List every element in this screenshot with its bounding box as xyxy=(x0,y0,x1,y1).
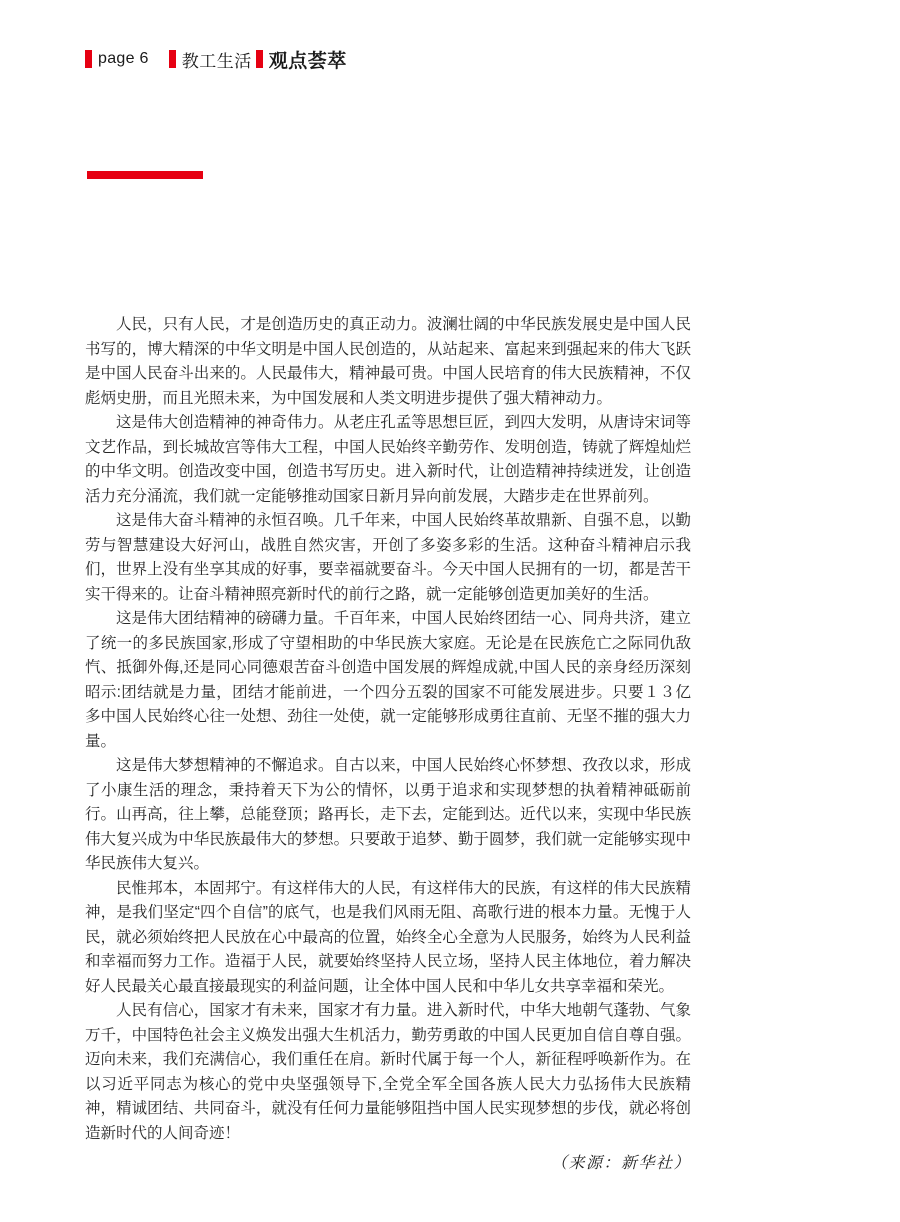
article-paragraph: 这是伟大团结精神的磅礴力量。千百年来，中国人民始终团结一心、同舟共济，建立了统一… xyxy=(85,607,691,754)
red-tick-icon xyxy=(169,50,176,68)
article-paragraph: 民惟邦本，本固邦宁。有这样伟大的人民，有这样伟大的民族，有这样的伟大民族精神，是… xyxy=(85,877,691,1000)
page-number-label: page 6 xyxy=(98,50,149,68)
article-paragraph: 这是伟大梦想精神的不懈追求。自古以来，中国人民始终心怀梦想、孜孜以求，形成了小康… xyxy=(85,754,691,877)
column-label: 观点荟萃 xyxy=(269,46,347,73)
article-paragraph: 人民有信心，国家才有未来，国家才有力量。进入新时代，中华大地朝气蓬勃、气象万千，… xyxy=(85,999,691,1146)
article-body: 人民，只有人民，才是创造历史的真正动力。波澜壮阔的中华民族发展史是中国人民书写的… xyxy=(85,313,691,1177)
article-paragraph: 这是伟大创造精神的神奇伟力。从老庄孔孟等思想巨匠，到四大发明，从唐诗宋词等文艺作… xyxy=(85,411,691,509)
source-attribution: （来源：新华社） xyxy=(85,1152,691,1177)
title-rule xyxy=(87,171,203,179)
red-tick-icon xyxy=(85,50,92,68)
page: page 6 教工生活 观点荟萃 人民，只有人民，才是创造历史的真正动力。波澜壮… xyxy=(0,0,900,1222)
section-label: 教工生活 xyxy=(182,47,252,72)
page-header: page 6 教工生活 观点荟萃 xyxy=(85,48,347,70)
article-paragraph: 这是伟大奋斗精神的永恒召唤。几千年来，中国人民始终革故鼎新、自强不息，以勤劳与智… xyxy=(85,509,691,607)
red-tick-icon xyxy=(256,50,263,68)
article-paragraph: 人民，只有人民，才是创造历史的真正动力。波澜壮阔的中华民族发展史是中国人民书写的… xyxy=(85,313,691,411)
